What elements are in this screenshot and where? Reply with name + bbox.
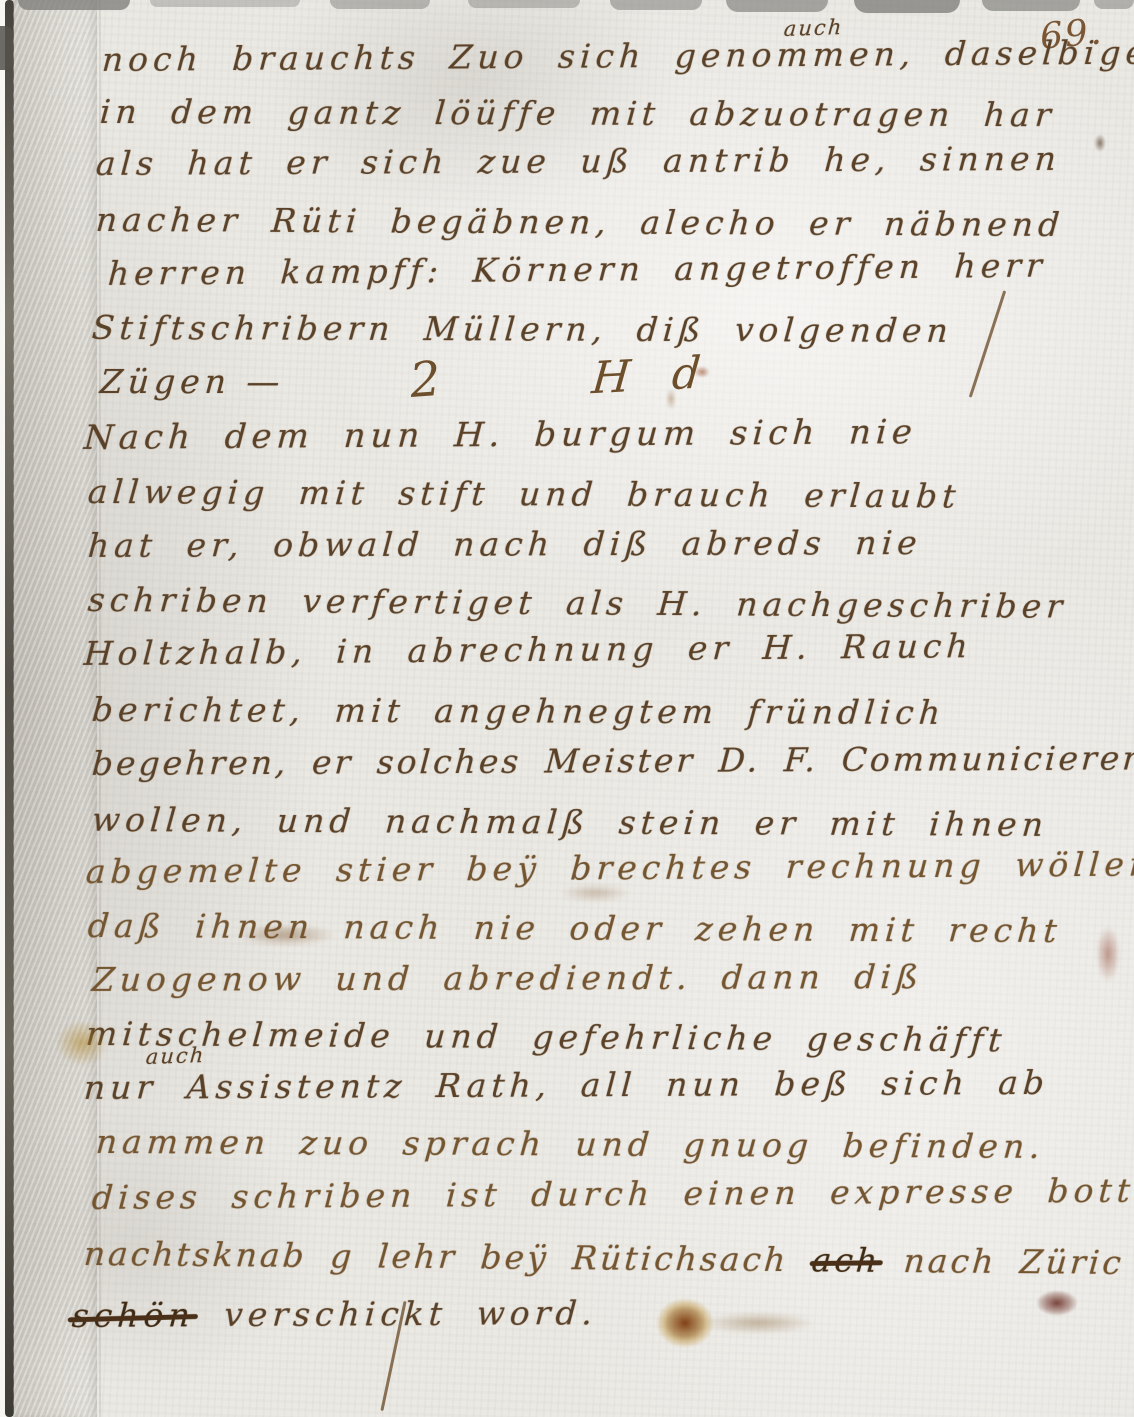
ink-speck <box>1094 134 1106 152</box>
manuscript-line: Stiftschribern Müllern, diß volgenden <box>91 308 955 350</box>
page-edge-mark <box>330 0 430 9</box>
manuscript-line: allwegig mit stift und brauch erlaubt <box>87 472 962 516</box>
page-edge-mark <box>854 0 960 13</box>
manuscript-line: hat er, obwald nach diß abreds nie <box>87 523 923 565</box>
page-edge-mark <box>1094 0 1134 9</box>
manuscript-line: nachtsknab g lehr beÿ Rütichsach ach nac… <box>82 1234 1125 1282</box>
manuscript-line: berichtet, mit angehnegtem fründlich <box>91 690 947 732</box>
line-segment: nachtsknab g lehr beÿ Rütichsach <box>82 1234 813 1279</box>
page-edge-mark <box>726 0 828 12</box>
ink-blot <box>1036 1290 1078 1316</box>
page-edge-mark <box>982 0 1080 11</box>
struck-out-word: schön <box>71 1295 196 1335</box>
ink-smear <box>702 1312 814 1334</box>
manuscript-line: noch brauchts Zuo sich genommen, daselbi… <box>101 32 1134 79</box>
line-segment: verschickt word. <box>194 1293 599 1334</box>
manuscript-line: daß ihnen nach nie oder zehen mit recht <box>87 906 1064 950</box>
ink-speck <box>694 366 710 378</box>
manuscript-line: nur Assistentz Rath, all nun beß sich ab <box>83 1063 1051 1107</box>
ink-speck <box>666 388 676 410</box>
manuscript-line: herren kampff: Körnern angetroffen herr <box>107 246 1048 293</box>
manuscript-line: als hat er sich zue uß antrib he, sinnen <box>95 139 1062 183</box>
binding-shadow-margin <box>13 0 97 1417</box>
line-segment: nach Züric <box>879 1241 1126 1282</box>
manuscript-line: schön verschickt word. <box>71 1293 599 1335</box>
manuscript-line: mitschelmeide und gefehrliche geschäfft <box>85 1014 1008 1059</box>
manuscript-line: Zügen — <box>99 362 286 401</box>
manuscript-line: nammen zuo sprach und gnuog befinden. <box>95 1122 1047 1166</box>
manuscript-line: nacher Rüti begäbnen, alecho er näbnend <box>95 200 1066 244</box>
manuscript-line: dises schriben ist durch einen expresse … <box>91 1171 1134 1217</box>
ink-smudge <box>1096 926 1120 982</box>
paper-stain <box>56 1020 108 1066</box>
manuscript-line: wollen, und nachmalß stein er mit ihnen <box>91 800 1050 844</box>
section-number: 2 <box>408 351 442 409</box>
page-edge-mark <box>150 0 300 7</box>
ink-smudge <box>236 924 336 946</box>
edge-notch <box>0 26 13 70</box>
manuscript-line: Zuogenow und abrediendt. dann diß <box>91 957 925 999</box>
manuscript-line: begehren, er solches Meister D. F. Commu… <box>91 738 1134 783</box>
page-edge-mark <box>18 0 130 10</box>
page-edge-mark <box>468 0 580 8</box>
manuscript-line: schriben verfertiget als H. nachgeschrib… <box>87 580 1069 626</box>
manuscript-line: in dem gantz löüffe mit abzuotragen har <box>99 92 1058 134</box>
manuscript-page: 69. auch auch noch brauchts Zuo sich gen… <box>0 0 1134 1417</box>
page-edge-mark <box>610 0 702 10</box>
ink-smudge <box>560 884 630 902</box>
manuscript-line: Holtzhalb, in abrechnung er H. Rauch <box>83 626 974 673</box>
manuscript-line: Nach dem nun H. burgum sich nie <box>83 412 919 458</box>
struck-out-word: ach <box>810 1240 881 1280</box>
section-number-row: Zügen — 2 H d <box>0 360 1134 420</box>
